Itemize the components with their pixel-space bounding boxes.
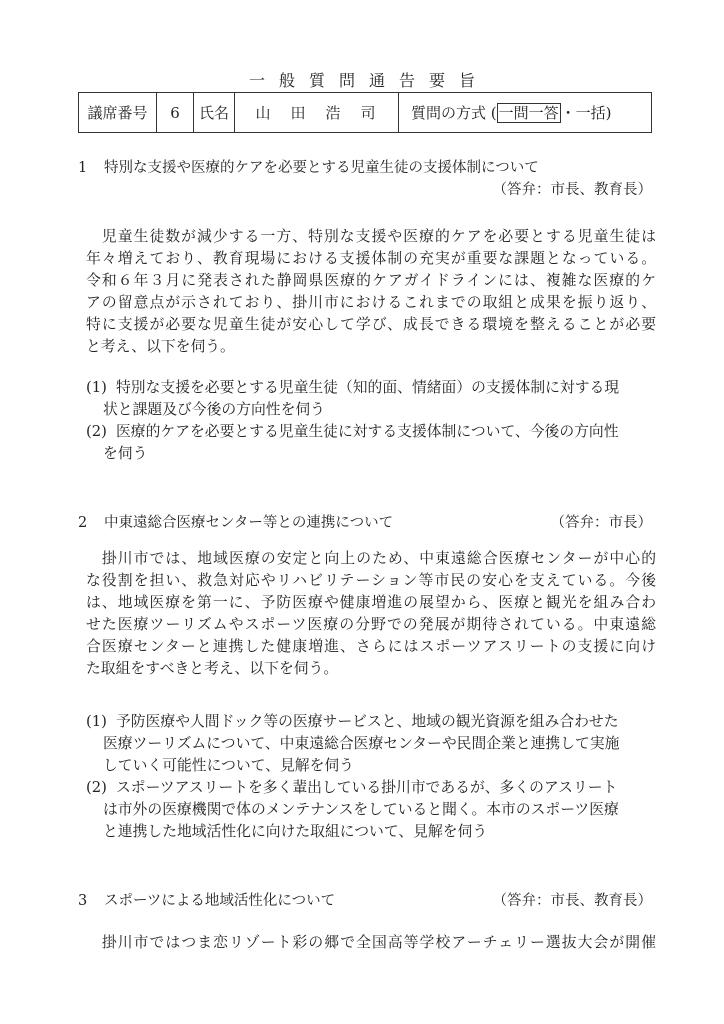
- paragraph-line: 特に支援が必要な児童生徒が安心して学び、成長できる環境を整えることが必要: [86, 314, 656, 336]
- section-2-paragraph: 掛川市では、地域医療の安定と向上のため、中東遠総合医療センターが中心的 な役割を…: [86, 548, 656, 680]
- list-item-text: 医療的ケアを必要とする児童生徒に対する支援体制について、今後の方向性: [116, 423, 619, 440]
- paragraph-line: 掛川市ではつま恋リゾート彩の郷で全国高等学校アーチェリー選抜大会が開催: [86, 932, 656, 954]
- section-title: スポーツによる地域活性化について: [104, 893, 335, 909]
- section-number: 3: [78, 893, 104, 909]
- section-3-paragraph: 掛川市ではつま恋リゾート彩の郷で全国高等学校アーチェリー選抜大会が開催: [86, 932, 656, 954]
- list-item-line: (2)医療的ケアを必要とする児童生徒に対する支援体制について、今後の方向性: [86, 421, 656, 443]
- question-method-cell: 質問の方式 (一問一答・一括): [399, 93, 652, 133]
- paragraph-line: 児童生徒数が減少する一方、特別な支援や医療的ケアを必要とする児童生徒は: [86, 226, 656, 248]
- list-item: (1)予防医療や人間ドック等の医療サービスと、地域の観光資源を組み合わせた 医療…: [86, 711, 656, 777]
- section-title: 特別な支援や医療的ケアを必要とする児童生徒の支援体制について: [104, 160, 539, 176]
- paragraph-line: な役割を担い、救急対応やリハビリテーション等市民の安心を支えている。今後: [86, 570, 656, 592]
- question-method-selected: 一問一答: [497, 103, 561, 123]
- list-item-line: (2)スポーツアスリートを多く輩出している掛川市であるが、多くのアスリート: [86, 777, 656, 799]
- list-item: (2)医療的ケアを必要とする児童生徒に対する支援体制について、今後の方向性 を伺…: [86, 421, 656, 465]
- seat-number-value: 6: [157, 93, 194, 133]
- section-1-heading: 1特別な支援や医療的ケアを必要とする児童生徒の支援体制について: [78, 156, 652, 177]
- list-item-line: 状と課題及び今後の方向性を伺う: [86, 399, 656, 421]
- paragraph-line: アの留意点が示されており、掛川市におけるこれまでの取組と成果を振り返り、: [86, 292, 656, 314]
- section-title: 中東遠総合医療センター等との連携について: [104, 515, 393, 531]
- paragraph-line: 令和６年３月に発表された静岡県医療的ケアガイドラインには、複雑な医療的ケ: [86, 270, 656, 292]
- section-number: 1: [78, 160, 104, 176]
- list-item-line: 医療ツーリズムについて、中東遠総合医療センターや民間企業と連携して実施: [86, 733, 656, 755]
- question-method-separator: ・: [561, 104, 576, 122]
- document-title: 一般質問通告要旨: [0, 68, 724, 91]
- list-item-text: 特別な支援を必要とする児童生徒（知的面、情緒面）の支援体制に対する現: [116, 379, 619, 396]
- name-value: 山田浩司: [235, 93, 399, 133]
- section-number: 2: [78, 515, 104, 531]
- list-item-line: と連携した地域活性化に向けた取組について、見解を伺う: [86, 821, 656, 843]
- list-item-line: を伺う: [86, 443, 656, 465]
- paragraph-line: 合医療センターと連携した健康増進、さらにはスポーツアスリートの支援に向け: [86, 636, 656, 658]
- list-marker: (2): [86, 421, 116, 443]
- list-item-text: 予防医療や人間ドック等の医療サービスと、地域の観光資源を組み合わせた: [116, 713, 619, 730]
- section-1-paragraph: 児童生徒数が減少する一方、特別な支援や医療的ケアを必要とする児童生徒は 年々増え…: [86, 226, 656, 358]
- paragraph-line: は、地域医療を第一に、予防医療や健康増進の展望から、医療と観光を組み合わ: [86, 592, 656, 614]
- question-method-label: 質問の方式 (: [411, 104, 497, 122]
- section-1-list: (1)特別な支援を必要とする児童生徒（知的面、情緒面）の支援体制に対する現 状と…: [86, 377, 656, 465]
- list-item-line: していく可能性について、見解を伺う: [86, 755, 656, 777]
- name-label: 氏名: [194, 93, 235, 133]
- list-marker: (1): [86, 711, 116, 733]
- section-2-answer: （答弁：市長）: [551, 511, 653, 532]
- section-1-answer: （答弁：市長、教育長）: [493, 178, 653, 199]
- list-item-text: スポーツアスリートを多く輩出している掛川市であるが、多くのアスリート: [116, 779, 617, 796]
- list-item-line: は市外の医療機関で体のメンテナンスをしていると聞く。本市のスポーツ医療: [86, 799, 656, 821]
- list-marker: (2): [86, 777, 116, 799]
- section-2-list: (1)予防医療や人間ドック等の医療サービスと、地域の観光資源を組み合わせた 医療…: [86, 711, 656, 843]
- section-3-answer: （答弁：市長、教育長）: [493, 889, 653, 910]
- paragraph-line: せた医療ツーリズムやスポーツ医療の分野での発展が期待されている。中東遠総: [86, 614, 656, 636]
- list-item-line: (1)特別な支援を必要とする児童生徒（知的面、情緒面）の支援体制に対する現: [86, 377, 656, 399]
- info-table: 議席番号 6 氏名 山田浩司 質問の方式 (一問一答・一括): [78, 92, 652, 133]
- seat-number-label: 議席番号: [79, 93, 157, 133]
- paragraph-line: た取組をすべきと考え、以下を伺う。: [86, 658, 656, 680]
- paragraph-line: 年々増えており、教育現場における支援体制の充実が重要な課題となっている。: [86, 248, 656, 270]
- paragraph-line: と考え、以下を伺う。: [86, 336, 656, 358]
- list-marker: (1): [86, 377, 116, 399]
- list-item: (1)特別な支援を必要とする児童生徒（知的面、情緒面）の支援体制に対する現 状と…: [86, 377, 656, 421]
- info-row: 議席番号 6 氏名 山田浩司 質問の方式 (一問一答・一括): [79, 93, 652, 133]
- list-item-line: (1)予防医療や人間ドック等の医療サービスと、地域の観光資源を組み合わせた: [86, 711, 656, 733]
- question-method-other: 一括): [576, 104, 612, 122]
- list-item: (2)スポーツアスリートを多く輩出している掛川市であるが、多くのアスリート は市…: [86, 777, 656, 843]
- paragraph-line: 掛川市では、地域医療の安定と向上のため、中東遠総合医療センターが中心的: [86, 548, 656, 570]
